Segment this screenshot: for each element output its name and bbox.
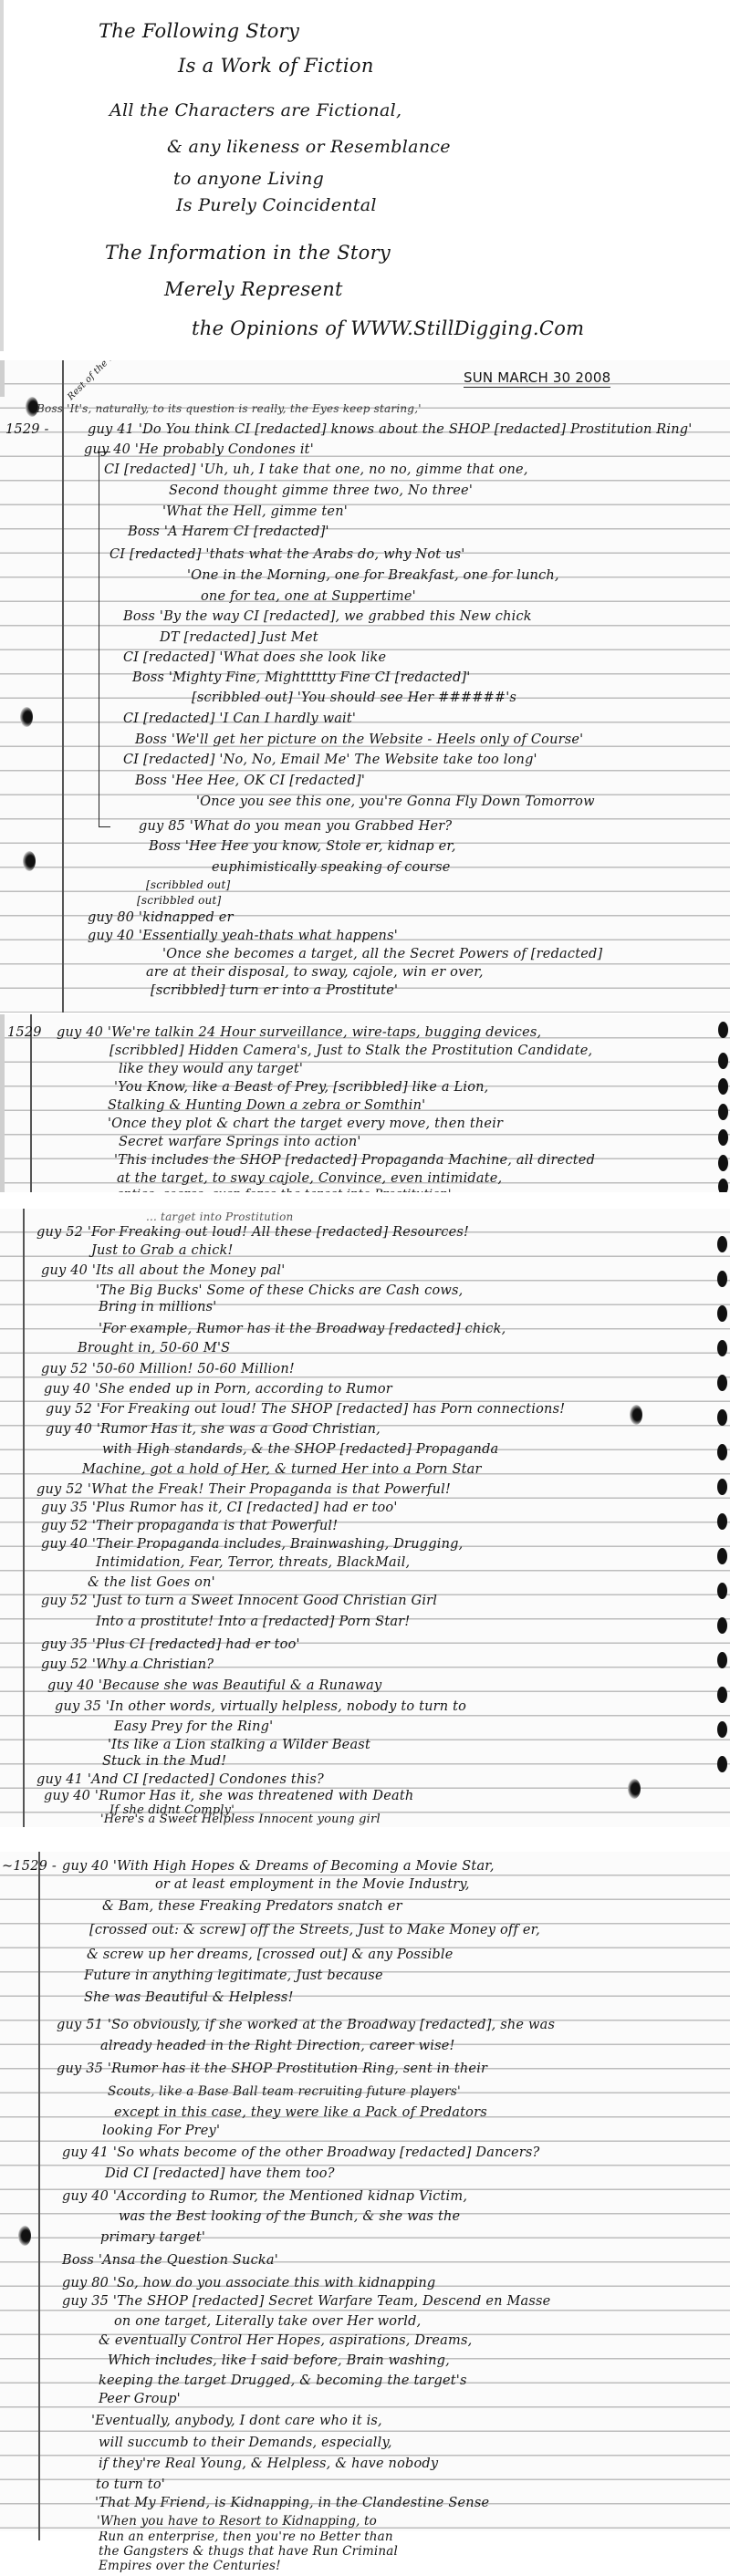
dialogue-line: with High standards, & the SHOP [redacte… — [102, 1442, 498, 1457]
binder-hole — [717, 1513, 727, 1530]
dialogue-line: [crossed out: & screw] off the Streets, … — [89, 1923, 540, 1937]
dialogue-line: Did CI [redacted] have them too? — [105, 2166, 335, 2181]
dialogue-line: DT [redacted] Just Met — [160, 630, 318, 645]
dialogue-line: Into a prostitute! Into a [redacted] Por… — [96, 1615, 410, 1629]
notebook-page-4: ~1529 - guy 40 'With High Hopes & Dreams… — [0, 1852, 730, 2531]
dialogue-line: guy 35 'Plus Rumor has it, CI [redacted]… — [41, 1501, 398, 1515]
dialogue-line: guy 35 'In other words, virtually helple… — [55, 1699, 466, 1714]
notebook-page-1-tail — [0, 949, 730, 1013]
dialogue-line: Easy Prey for the Ring' — [114, 1719, 273, 1734]
dialogue-line: Second thought gimme three two, No three… — [169, 483, 473, 498]
dialogue-line: will succumb to their Demands, especiall… — [99, 2436, 392, 2450]
dialogue-line: guy 80 'kidnapped er — [88, 910, 234, 925]
dialogue-line: Which includes, like I said before, Brai… — [108, 2353, 450, 2368]
disclaimer-line: the Opinions of WWW.StillDigging.Com — [192, 317, 584, 339]
binder-hole — [628, 1779, 641, 1799]
notebook-page-1: Rest of the Story SUN MARCH 30 2008 Boss… — [0, 360, 730, 1013]
dialogue-line: guy 35 'The SHOP [redacted] Secret Warfa… — [62, 2294, 550, 2309]
dialogue-line: Boss 'Ansa the Question Sucka' — [62, 2253, 278, 2268]
binder-hole — [18, 2226, 31, 2246]
disclaimer-line: Is a Work of Fiction — [178, 55, 374, 77]
binder-hole — [718, 1104, 728, 1120]
dialogue-line: 'This includes the SHOP [redacted] Propa… — [114, 1153, 595, 1168]
binder-hole — [718, 1053, 728, 1069]
binder-hole — [23, 851, 36, 871]
dialogue-line: 'When you have to Resort to Kidnapping, … — [97, 2514, 377, 2529]
binder-hole — [717, 1305, 727, 1322]
dialogue-line: 'One in the Morning, one for Breakfast, … — [187, 568, 559, 583]
binder-hole — [717, 1583, 727, 1599]
binder-hole — [717, 1721, 727, 1738]
dialogue-line: 'Once you see this one, you're Gonna Fly… — [196, 795, 595, 809]
dialogue-line: guy 40 'She ended up in Porn, according … — [44, 1382, 392, 1397]
dialogue-line: guy 40 'Because she was Beautiful & a Ru… — [47, 1678, 381, 1693]
dialogue-line: guy 41 'So whats become of the other Bro… — [62, 2145, 539, 2160]
dialogue-line: 'The Big Bucks' Some of these Chicks are… — [96, 1283, 463, 1298]
binder-hole — [718, 1078, 728, 1095]
dialogue-line: Future in anything legitimate, Just beca… — [84, 1968, 383, 1983]
notebook-page-4-tail: Run an enterprise, then you're no Better… — [0, 2531, 730, 2576]
notebook-page-2: 1529 guy 40 'We're talkin 24 Hour survei… — [0, 1014, 730, 1192]
dialogue-line: except in this case, they were like a Pa… — [114, 2105, 487, 2120]
dialogue-line: guy 40 'According to Rumor, the Mentione… — [62, 2189, 467, 2204]
dialogue-line: Just to Grab a chick! — [91, 1243, 234, 1258]
binder-hole — [718, 1022, 728, 1038]
dialogue-line: Boss 'We'll get her picture on the Websi… — [135, 732, 583, 747]
scan-edge — [0, 0, 4, 351]
dialogue-line: 'Here's a Sweet Helpless Innocent young … — [100, 1813, 381, 1826]
dialogue-line: Intimidation, Fear, Terror, threats, Bla… — [96, 1555, 410, 1570]
disclaimer-line: All the Characters are Fictional, — [109, 100, 401, 120]
partial-line: Boss 'It's, naturally, to its question i… — [36, 402, 422, 415]
dialogue-line: euphimistically speaking of course — [212, 860, 451, 875]
dialogue-line: Brought in, 50-60 M'S — [78, 1341, 230, 1356]
dialogue-line: guy 52 'Just to turn a Sweet Innocent Go… — [41, 1594, 437, 1608]
fiction-disclaimer: The Following Story Is a Work of Fiction… — [0, 0, 730, 360]
dialogue-line: Stuck in the Mud! — [102, 1754, 226, 1769]
dialogue-line: CI [redacted] 'I Can I hardly wait' — [123, 712, 356, 726]
dialogue-line: guy 52 'Their propaganda is that Powerfu… — [41, 1519, 338, 1533]
margin-rule — [30, 1014, 32, 1192]
dialogue-line: guy 40 'He probably Condones it' — [84, 442, 314, 457]
dialogue-line: Peer Group' — [99, 2392, 181, 2406]
dialogue-line: keeping the target Drugged, & becoming t… — [99, 2373, 467, 2388]
dialogue-line: guy 85 'What do you mean you Grabbed Her… — [139, 819, 452, 834]
dialogue-line: 'That My Friend, is Kidnapping, in the C… — [95, 2496, 489, 2510]
dialogue-line: [scribbled] Hidden Camera's, Just to Sta… — [109, 1044, 592, 1058]
dialogue-line: guy 40 'We're talkin 24 Hour surveillanc… — [57, 1025, 541, 1040]
dialogue-line: guy 40 'Their Propaganda includes, Brain… — [41, 1537, 463, 1552]
dialogue-line: 'What the Hell, gimme ten' — [162, 504, 348, 519]
binder-hole — [717, 1375, 727, 1391]
dialogue-line: Bring in millions' — [99, 1300, 216, 1314]
dialogue-line: to turn to' — [96, 2477, 165, 2492]
scan-edge — [0, 1014, 5, 1192]
dialogue-line: guy 41 'Do You think CI [redacted] knows… — [88, 422, 692, 437]
margin-note: Rest of the Story — [66, 360, 130, 402]
margin-rule — [38, 1852, 40, 2531]
binder-hole — [717, 1236, 727, 1252]
binder-hole — [20, 707, 33, 727]
dialogue-line: Boss 'Mighty Fine, Mighttttty Fine CI [r… — [132, 670, 470, 685]
dialogue-line: guy 40 'Rumor Has it, she was threatened… — [44, 1789, 413, 1803]
disclaimer-line: & any likeness or Resemblance — [167, 137, 451, 157]
dialogue-line: Boss 'Hee Hee you know, Stole er, kidnap… — [149, 839, 456, 854]
dialogue-line: Machine, got a hold of Her, & turned Her… — [82, 1462, 482, 1477]
dialogue-line: 'Eventually, anybody, I dont care who it… — [91, 2414, 382, 2428]
dialogue-line: 'Once they plot & chart the target every… — [108, 1117, 503, 1131]
dialogue-line: [scribbled out] — [137, 894, 221, 907]
binder-hole — [717, 1652, 727, 1668]
dialogue-line: & the list Goes on' — [88, 1575, 215, 1590]
dialogue-line: guy 80 'So, how do you associate this wi… — [62, 2276, 435, 2290]
dialogue-bracket — [99, 452, 110, 827]
disclaimer-line: Merely Represent — [164, 278, 343, 300]
binder-hole — [717, 1271, 727, 1287]
time-label: 1529 — [7, 1025, 42, 1040]
dialogue-line: Scouts, like a Base Ball team recruiting… — [108, 2084, 461, 2099]
binder-hole — [630, 1405, 642, 1425]
dialogue-line: Secret warfare Springs into action' — [119, 1135, 361, 1149]
binder-hole — [718, 1155, 728, 1171]
dialogue-line: guy 40 'With High Hopes & Dreams of Beco… — [62, 1859, 495, 1874]
dialogue-line: at the target, to sway cajole, Convince,… — [117, 1171, 502, 1186]
dialogue-line: 'You Know, like a Beast of Prey, [scribb… — [114, 1080, 488, 1095]
dialogue-line: guy 52 'What the Freak! Their Propaganda… — [36, 1482, 451, 1497]
dialogue-line: CI [redacted] 'What does she look like — [123, 650, 386, 665]
dialogue-line: the Gangsters & thugs that have Run Crim… — [99, 2544, 398, 2559]
dialogue-line: [scribbled out] 'You should see Her ####… — [192, 691, 516, 705]
dialogue-line: looking For Prey' — [102, 2124, 220, 2138]
dialogue-line: Empires over the Centuries! — [99, 2559, 281, 2573]
dialogue-line: [scribbled out] — [146, 878, 230, 891]
binder-hole — [718, 1129, 728, 1146]
dialogue-line: guy 41 'And CI [redacted] Condones this? — [36, 1772, 324, 1787]
dialogue-line: 'Its like a Lion stalking a Wilder Beast — [108, 1738, 370, 1752]
binder-hole — [717, 1756, 727, 1772]
scan-edge — [0, 360, 5, 397]
dialogue-line: entice, coerce, even force the target in… — [117, 1188, 452, 1192]
dialogue-line: Boss 'Hee Hee, OK CI [redacted]' — [135, 774, 365, 788]
dialogue-line: & eventually Control Her Hopes, aspirati… — [99, 2333, 472, 2348]
dialogue-line: Boss 'A Harem CI [redacted]' — [128, 525, 329, 539]
dialogue-line: or at least employment in the Movie Indu… — [155, 1877, 470, 1892]
time-label: ~1529 - — [2, 1859, 57, 1874]
disclaimer-line: The Following Story — [99, 20, 299, 42]
dialogue-line: & Bam, these Freaking Predators snatch e… — [102, 1899, 402, 1914]
dialogue-line: if they're Real Young, & Helpless, & hav… — [99, 2457, 438, 2471]
disclaimer-line: to anyone Living — [173, 169, 324, 189]
binder-hole — [717, 1687, 727, 1703]
dialogue-line: on one target, Literally take over Her w… — [114, 2314, 421, 2329]
dialogue-line: guy 52 'For Freaking out loud! The SHOP … — [46, 1402, 565, 1417]
dialogue-line: guy 40 'Rumor Has it, she was a Good Chr… — [46, 1422, 381, 1437]
dialogue-line: guy 52 'For Freaking out loud! All these… — [36, 1225, 469, 1240]
dialogue-line: already headed in the Right Direction, c… — [100, 2039, 455, 2053]
dialogue-line: guy 51 'So obviously, if she worked at t… — [57, 2018, 555, 2032]
dialogue-line: like they would any target' — [119, 1062, 303, 1076]
margin-rule — [62, 360, 64, 1013]
dialogue-line: CI [redacted] 'No, No, Email Me' The Web… — [123, 753, 537, 767]
dialogue-line: guy 40 'Essentially yeah-thats what happ… — [88, 929, 398, 943]
binder-hole — [717, 1548, 727, 1564]
dialogue-line: one for tea, one at Suppertime' — [201, 589, 416, 604]
time-label: 1529 - — [5, 422, 49, 437]
dialogue-line: & screw up her dreams, [crossed out] & a… — [87, 1948, 454, 1962]
dialogue-line: She was Beautiful & Helpless! — [84, 1990, 294, 2005]
dialogue-line: CI [redacted] 'thats what the Arabs do, … — [109, 547, 464, 562]
dialogue-line: Stalking & Hunting Down a zebra or Somth… — [108, 1098, 425, 1113]
partial-line: ... target into Prostitution — [146, 1210, 293, 1223]
dialogue-line: Run an enterprise, then you're no Better… — [99, 2531, 393, 2544]
binder-hole — [717, 1479, 727, 1495]
page-date: SUN MARCH 30 2008 — [464, 369, 610, 388]
dialogue-line: Boss 'By the way CI [redacted], we grabb… — [123, 609, 532, 624]
disclaimer-line: The Information in the Story — [105, 242, 391, 264]
margin-rule — [23, 1209, 25, 1827]
dialogue-line: primary target' — [100, 2230, 205, 2245]
dialogue-line: guy 52 '50-60 Million! 50-60 Million! — [41, 1362, 295, 1376]
binder-hole — [718, 1179, 728, 1192]
dialogue-line: was the Best looking of the Bunch, & she… — [119, 2209, 460, 2224]
dialogue-line: guy 35 'Rumor has it the SHOP Prostituti… — [57, 2062, 487, 2076]
dialogue-line: CI [redacted] 'Uh, uh, I take that one, … — [104, 462, 528, 477]
binder-hole — [717, 1340, 727, 1356]
binder-hole — [717, 1617, 727, 1634]
dialogue-line: guy 52 'Why a Christian? — [41, 1657, 214, 1672]
dialogue-line: 'For example, Rumor has it the Broadway … — [99, 1322, 506, 1336]
notebook-page-3: ... target into Prostitution guy 52 'For… — [0, 1209, 730, 1827]
dialogue-line: guy 40 'Its all about the Money pal' — [41, 1263, 285, 1278]
binder-hole — [717, 1409, 727, 1426]
dialogue-line: guy 35 'Plus CI [redacted] had er too' — [41, 1637, 300, 1652]
disclaimer-line: Is Purely Coincidental — [176, 195, 377, 215]
binder-hole — [717, 1444, 727, 1460]
margin-rule — [38, 2531, 40, 2540]
